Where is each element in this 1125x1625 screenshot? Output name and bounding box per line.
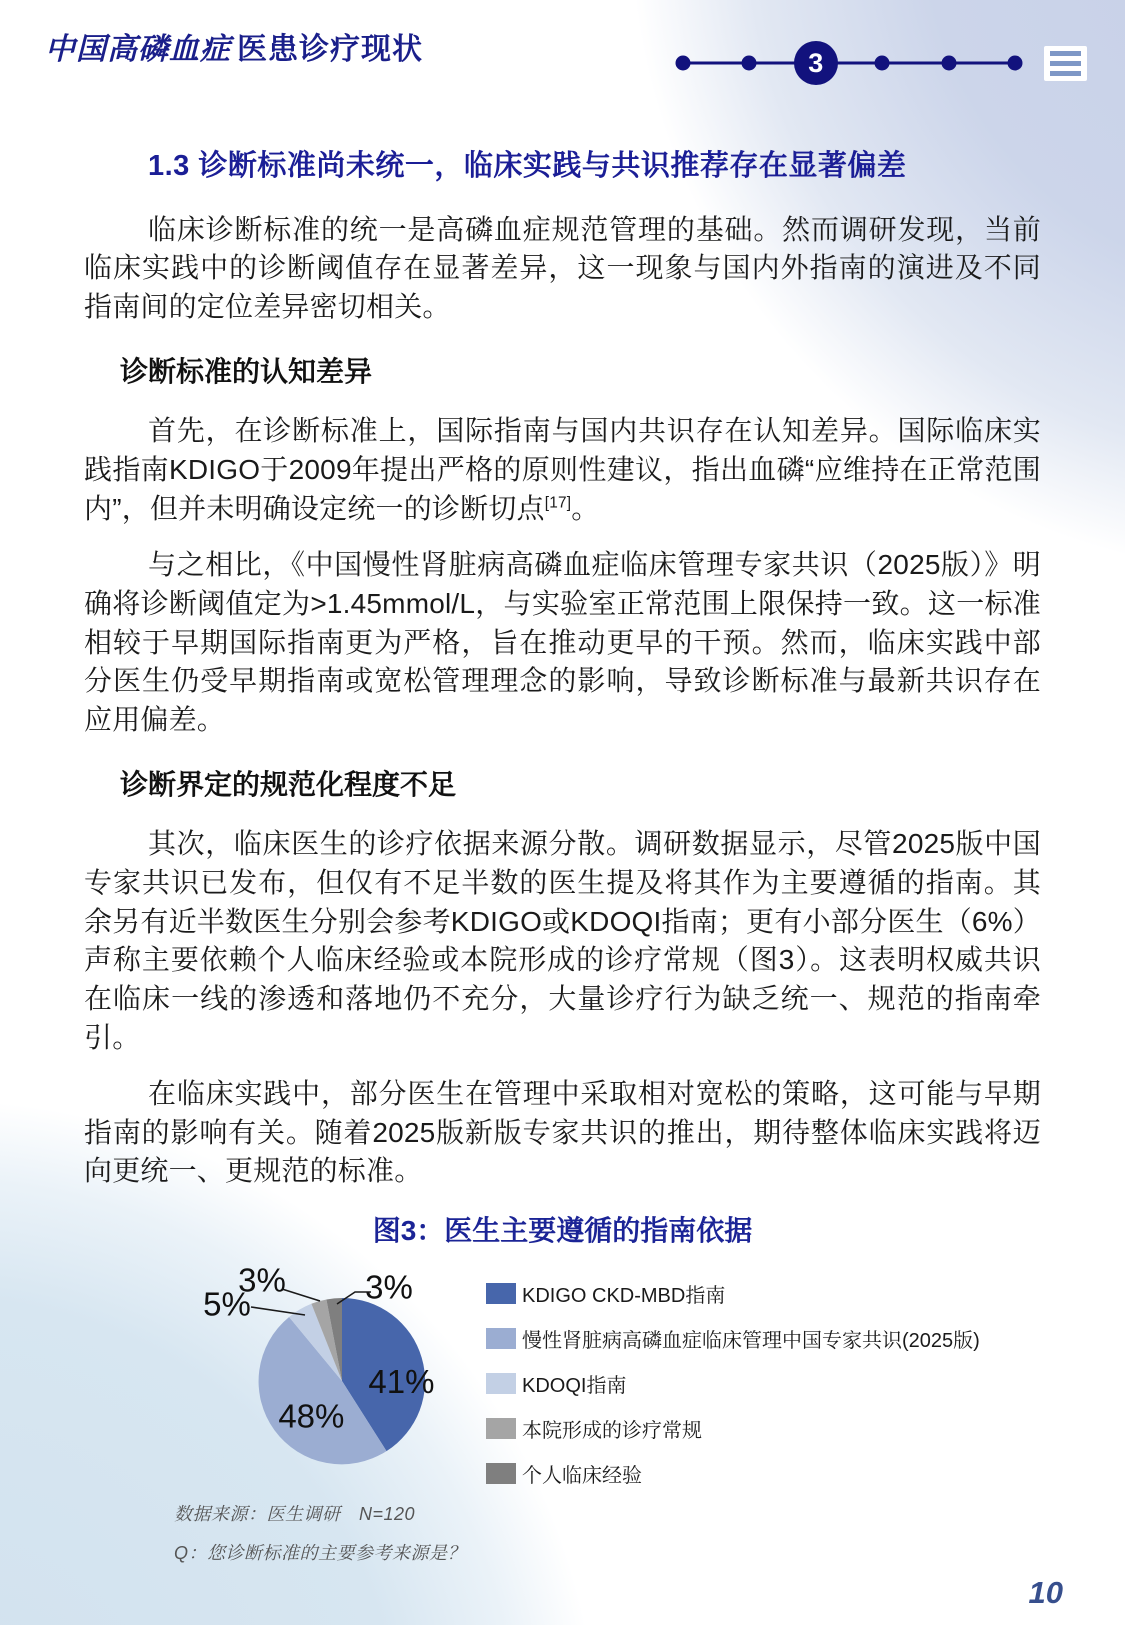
paragraph-2-tail: 。 (571, 493, 599, 524)
subheading-cognition-gap: 诊断标准的认知差异 (120, 350, 1041, 390)
figure-source-block: 数据来源：医生调研 N=120 Q：您诊断标准的主要参考来源是？ (174, 1500, 1041, 1565)
paragraph-3: 与之相比，《中国慢性肾脏病高磷血症临床管理专家共识（2025版）》明确将诊断阈值… (84, 546, 1041, 739)
progress-step-dot[interactable] (742, 56, 757, 71)
logo-text-secondary: 医患诊疗现状 (237, 33, 423, 66)
legend-item: KDIGO CKD-MBD指南 (486, 1279, 980, 1308)
legend-label: KDIGO CKD-MBD指南 (522, 1279, 725, 1308)
hamburger-bar (1050, 51, 1081, 56)
paragraph-5: 在临床实践中，部分医生在管理中采取相对宽松的策略，这可能与早期指南的影响有关。随… (84, 1075, 1041, 1191)
menu-hamburger-icon[interactable] (1044, 46, 1087, 81)
progress-track-line (683, 62, 1015, 65)
legend-label: KDOQI指南 (522, 1369, 626, 1398)
progress-step-dot[interactable] (875, 56, 890, 71)
paragraph-2: 首先，在诊断标准上，国际指南与国内共识存在认知差异。国际临床实践指南KDIGO于… (84, 412, 1041, 528)
section-progress-indicator: 3 (676, 40, 1022, 86)
legend-swatch (486, 1328, 516, 1349)
label-leader-line (251, 1307, 305, 1315)
figure-title: 图3：医生主要遵循的指南依据 (84, 1209, 1041, 1249)
paragraph-1: 临床诊断标准的统一是高磷血症规范管理的基础。然而调研发现，当前临床实践中的诊断阈… (84, 211, 1041, 327)
legend-label: 个人临床经验 (522, 1459, 642, 1488)
data-source-note: 数据来源：医生调研 N=120 (174, 1500, 1041, 1526)
label-leader-line (282, 1289, 320, 1301)
pie-value-label: 3% (238, 1262, 286, 1299)
figure-chart-area: 41%48%5%3%3% KDIGO CKD-MBD指南慢性肾脏病高磷血症临床管… (84, 1255, 1041, 1470)
reference-superscript: [17] (545, 494, 571, 511)
header-right: 3 (676, 40, 1087, 86)
progress-step-dot[interactable] (676, 56, 691, 71)
header: 中国高磷血症医患诊疗现状 3 (45, 24, 1087, 86)
progress-step-current[interactable]: 3 (794, 41, 838, 85)
page: 中国高磷血症医患诊疗现状 3 1.3 诊断标准尚未统一，临床实践与共识推荐存在显… (0, 0, 1125, 1625)
paragraph-4: 其次，临床医生的诊疗依据来源分散。调研数据显示，尽管2025版中国专家共识已发布… (84, 825, 1041, 1057)
pie-value-label: 41% (368, 1363, 434, 1400)
pie-value-label: 48% (278, 1398, 344, 1435)
page-number: 10 (1029, 1575, 1063, 1611)
legend-swatch (486, 1418, 516, 1439)
report-logo: 中国高磷血症医患诊疗现状 (45, 24, 423, 68)
legend-item: 本院形成的诊疗常规 (486, 1414, 980, 1443)
legend-label: 慢性肾脏病高磷血症临床管理中国专家共识(2025版) (522, 1324, 980, 1353)
legend-item: 个人临床经验 (486, 1459, 980, 1488)
logo-text-primary: 中国高磷血症 (45, 33, 231, 66)
legend-item: KDOQI指南 (486, 1369, 980, 1398)
legend-item: 慢性肾脏病高磷血症临床管理中国专家共识(2025版) (486, 1324, 980, 1353)
hamburger-bar (1050, 61, 1081, 66)
main-content: 1.3 诊断标准尚未统一，临床实践与共识推荐存在显著偏差 临床诊断标准的统一是高… (84, 146, 1041, 1565)
legend-swatch (486, 1463, 516, 1484)
progress-step-dot[interactable] (941, 56, 956, 71)
hamburger-bar (1050, 71, 1081, 76)
legend-swatch (486, 1373, 516, 1394)
legend-label: 本院形成的诊疗常规 (522, 1414, 702, 1443)
subheading-standardization: 诊断界定的规范化程度不足 (120, 763, 1041, 803)
survey-question-note: Q：您诊断标准的主要参考来源是？ (174, 1539, 1041, 1565)
progress-step-dot[interactable] (1008, 56, 1023, 71)
chart-legend: KDIGO CKD-MBD指南慢性肾脏病高磷血症临床管理中国专家共识(2025版… (486, 1279, 980, 1488)
pie-value-label: 3% (365, 1269, 413, 1306)
section-heading: 1.3 诊断标准尚未统一，临床实践与共识推荐存在显著偏差 (148, 146, 1041, 187)
legend-swatch (486, 1283, 516, 1304)
